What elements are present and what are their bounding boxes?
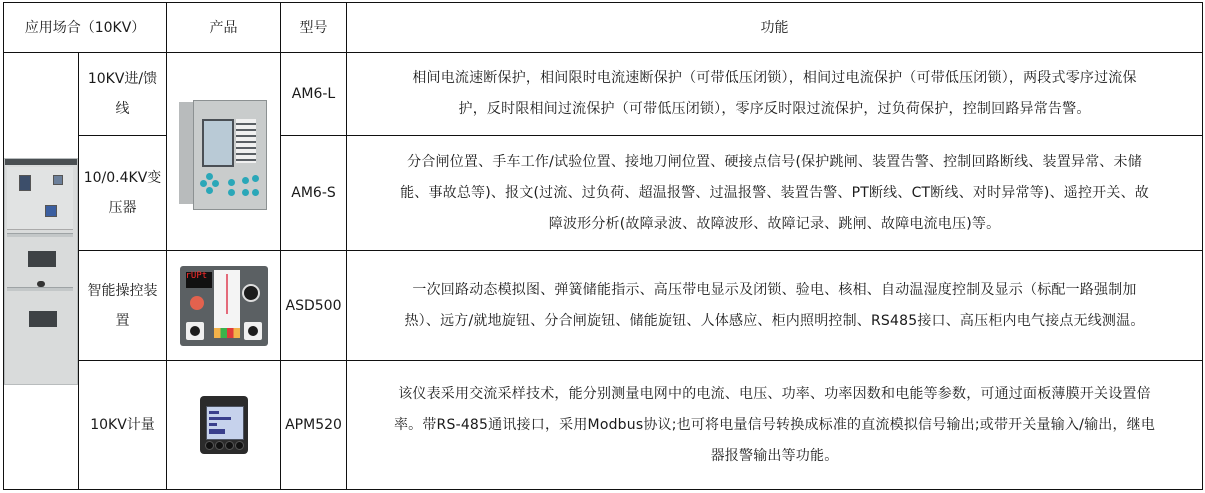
knob-icon [242, 284, 260, 302]
header-model: 型号 [281, 3, 347, 53]
table-row: 智能操控装 置 rUPt ASD500 一次回路动态模拟图、弹簧储能指示、高压带… [4, 251, 1203, 361]
header-row: 应用场合（10KV） 产品 型号 功能 [4, 3, 1203, 53]
table-row: 10KV进/馈 线 [4, 53, 1203, 136]
function-cell: 相间电流速断保护，相间限时电流速断保护（可带低压闭锁），相间过电流保护（可带低压… [347, 53, 1203, 136]
function-cell: 分合闸位置、手车工作/试验位置、接地刀闸位置、硬接点信号(保护跳闸、装置告警、控… [347, 136, 1203, 251]
product-image-cell [167, 361, 281, 490]
scene-cell: 10KV进/馈 线 [79, 53, 167, 136]
keypad-icon [190, 296, 204, 310]
function-cell: 一次回路动态模拟图、弹簧储能指示、高压带电显示及闭锁、验电、核相、自动温湿度控制… [347, 251, 1203, 361]
model-cell: ASD500 [281, 251, 347, 361]
cabinet-icon [4, 158, 78, 385]
segment-display: rUPt [186, 272, 212, 288]
scene-cell: 智能操控装 置 [79, 251, 167, 361]
scene-cell: 10/0.4KV变 压器 [79, 136, 167, 251]
header-scene: 应用场合（10KV） [4, 3, 167, 53]
am6-relay-image [179, 92, 269, 212]
scene-cell: 10KV计量 [79, 361, 167, 490]
product-image-cell [167, 53, 281, 251]
model-cell: APM520 [281, 361, 347, 490]
product-spec-table: 应用场合（10KV） 产品 型号 功能 10KV进/馈 线 [3, 2, 1203, 490]
table-row: 10KV计量 APM520 该仪表采用交流采样技术，能分别测量电网中的电流、电压… [4, 361, 1203, 490]
header-product: 产品 [167, 3, 281, 53]
header-function: 功能 [347, 3, 1203, 53]
asd500-device-image: rUPt [180, 266, 268, 346]
apm520-meter-image [200, 396, 248, 454]
function-cell: 该仪表采用交流采样技术，能分别测量电网中的电流、电压、功率、功率因数和电能等参数… [347, 361, 1203, 490]
model-cell: AM6-S [281, 136, 347, 251]
model-cell: AM6-L [281, 53, 347, 136]
product-image-cell: rUPt [167, 251, 281, 361]
switchgear-cabinet-image [4, 53, 79, 490]
